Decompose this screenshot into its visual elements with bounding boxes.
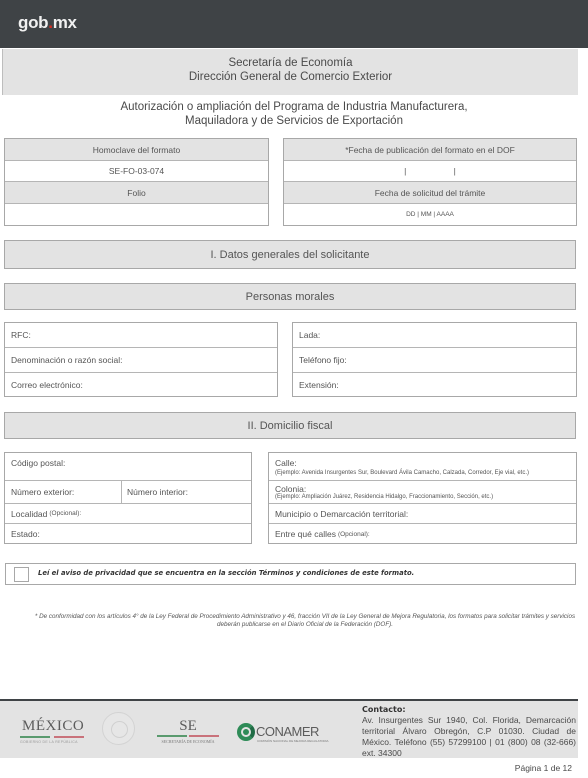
dof-date-label: *Fecha de publicación del formato en el …	[284, 139, 576, 161]
contact-title: Contacto:	[362, 704, 576, 715]
document-title: Autorización o ampliación del Programa d…	[0, 100, 588, 128]
applicant-fields-left: RFC: Denominación o razón social: Correo…	[4, 322, 278, 397]
phone-field[interactable]: Teléfono fijo:	[293, 348, 576, 373]
mexico-logo-green-bar	[20, 736, 50, 738]
street-field[interactable]: Calle: (Ejemplo: Avenida Insurgentes Sur…	[269, 453, 576, 481]
logo-main: gob	[18, 13, 48, 32]
street-hint: (Ejemplo: Avenida Insurgentes Sur, Boule…	[275, 470, 529, 476]
colony-label: Colonia:	[275, 484, 306, 494]
homoclave-value: SE-FO-03-074	[5, 161, 268, 182]
agency-header: Secretaría de Economía Dirección General…	[2, 49, 578, 95]
contact-address: Av. Insurgentes Sur 1940, Col. Florida, …	[362, 715, 576, 759]
se-logo: SE	[157, 718, 219, 735]
locality-optional: (Opcional):	[49, 510, 81, 517]
logo-suffix: mx	[53, 13, 77, 32]
page-footer: MÉXICO GOBIERNO DE LA REPÚBLICA SE SECRE…	[0, 699, 578, 758]
folio-field[interactable]	[5, 204, 268, 225]
legal-footnote: * De conformidad con los artículos 4° de…	[0, 613, 588, 629]
agency-department: Dirección General de Comercio Exterior	[3, 70, 578, 84]
conamer-logo: CONAMER	[256, 724, 319, 739]
extension-field[interactable]: Extensión:	[293, 373, 576, 397]
rfc-field[interactable]: RFC:	[5, 323, 277, 348]
postal-code-field[interactable]: Código postal:	[5, 453, 251, 481]
number-divider	[121, 481, 122, 503]
mexico-logo-subtitle: GOBIERNO DE LA REPÚBLICA	[20, 740, 78, 744]
interior-number-field[interactable]: Número interior:	[127, 487, 188, 497]
footnote-line-2: deberán publicarse en el Diario Oficial …	[22, 621, 588, 629]
mexico-logo-red-bar	[54, 736, 84, 738]
document-title-line-1: Autorización o ampliación del Programa d…	[0, 100, 588, 114]
format-info-right: *Fecha de publicación del formato en el …	[283, 138, 577, 226]
address-fields-right: Calle: (Ejemplo: Avenida Insurgentes Sur…	[268, 452, 577, 544]
between-streets-field[interactable]: Entre qué calles(Opcional):	[269, 524, 576, 544]
page-number: Página 1 de 12	[0, 763, 572, 773]
top-header-bar: gob.mx	[0, 0, 588, 48]
personas-morales-title: Personas morales	[4, 283, 576, 310]
street-label: Calle:	[275, 458, 297, 468]
between-streets-optional: (Opcional):	[338, 531, 370, 538]
request-date-label: Fecha de solicitud del trámite	[284, 182, 576, 204]
contact-info: Contacto: Av. Insurgentes Sur 1940, Col.…	[362, 704, 576, 759]
privacy-acknowledgement: Leí el aviso de privacidad que se encuen…	[5, 563, 576, 585]
homoclave-label: Homoclave del formato	[5, 139, 268, 161]
address-numbers-row: Número exterior: Número interior:	[5, 481, 251, 504]
se-logo-red-bar	[189, 735, 219, 737]
section-2-title: II. Domicilio fiscal	[4, 412, 576, 439]
footnote-line-1: * De conformidad con los artículos 4° de…	[22, 613, 588, 621]
locality-field[interactable]: Localidad(Opcional):	[5, 504, 251, 524]
exterior-number-field[interactable]: Número exterior:	[11, 487, 121, 497]
dof-date-value: | |	[284, 161, 576, 182]
area-code-field[interactable]: Lada:	[293, 323, 576, 348]
business-name-field[interactable]: Denominación o razón social:	[5, 348, 277, 373]
format-info-left: Homoclave del formato SE-FO-03-074 Folio	[4, 138, 269, 226]
section-1-title: I. Datos generales del solicitante	[4, 240, 576, 269]
se-logo-subtitle: SECRETARÍA DE ECONOMÍA	[157, 739, 219, 744]
locality-label: Localidad	[11, 509, 47, 519]
conamer-logo-subtitle: COMISIÓN NACIONAL DE MEJORA REGULATORIA	[257, 739, 328, 743]
folio-label: Folio	[5, 182, 268, 204]
privacy-text: Leí el aviso de privacidad que se encuen…	[38, 569, 414, 577]
se-logo-green-bar	[157, 735, 187, 737]
document-title-line-2: Maquiladora y de Servicios de Exportació…	[0, 114, 588, 128]
municipality-field[interactable]: Municipio o Demarcación territorial:	[269, 504, 576, 524]
gobmx-logo[interactable]: gob.mx	[18, 13, 77, 33]
applicant-fields-right: Lada: Teléfono fijo: Extensión:	[292, 322, 577, 397]
privacy-checkbox[interactable]	[14, 567, 29, 582]
email-field[interactable]: Correo electrónico:	[5, 373, 277, 397]
national-seal-icon	[102, 712, 135, 745]
mexico-logo: MÉXICO	[22, 718, 84, 735]
conamer-logo-icon	[237, 723, 255, 741]
address-fields-left: Código postal: Número exterior: Número i…	[4, 452, 252, 544]
state-field[interactable]: Estado:	[5, 524, 251, 544]
colony-hint: (Ejemplo: Ampliación Juárez, Residencia …	[275, 494, 493, 500]
agency-name: Secretaría de Economía	[3, 56, 578, 70]
request-date-field[interactable]: DD | MM | AAAA	[284, 204, 576, 225]
colony-field[interactable]: Colonia: (Ejemplo: Ampliación Juárez, Re…	[269, 481, 576, 504]
between-streets-label: Entre qué calles	[275, 529, 336, 539]
